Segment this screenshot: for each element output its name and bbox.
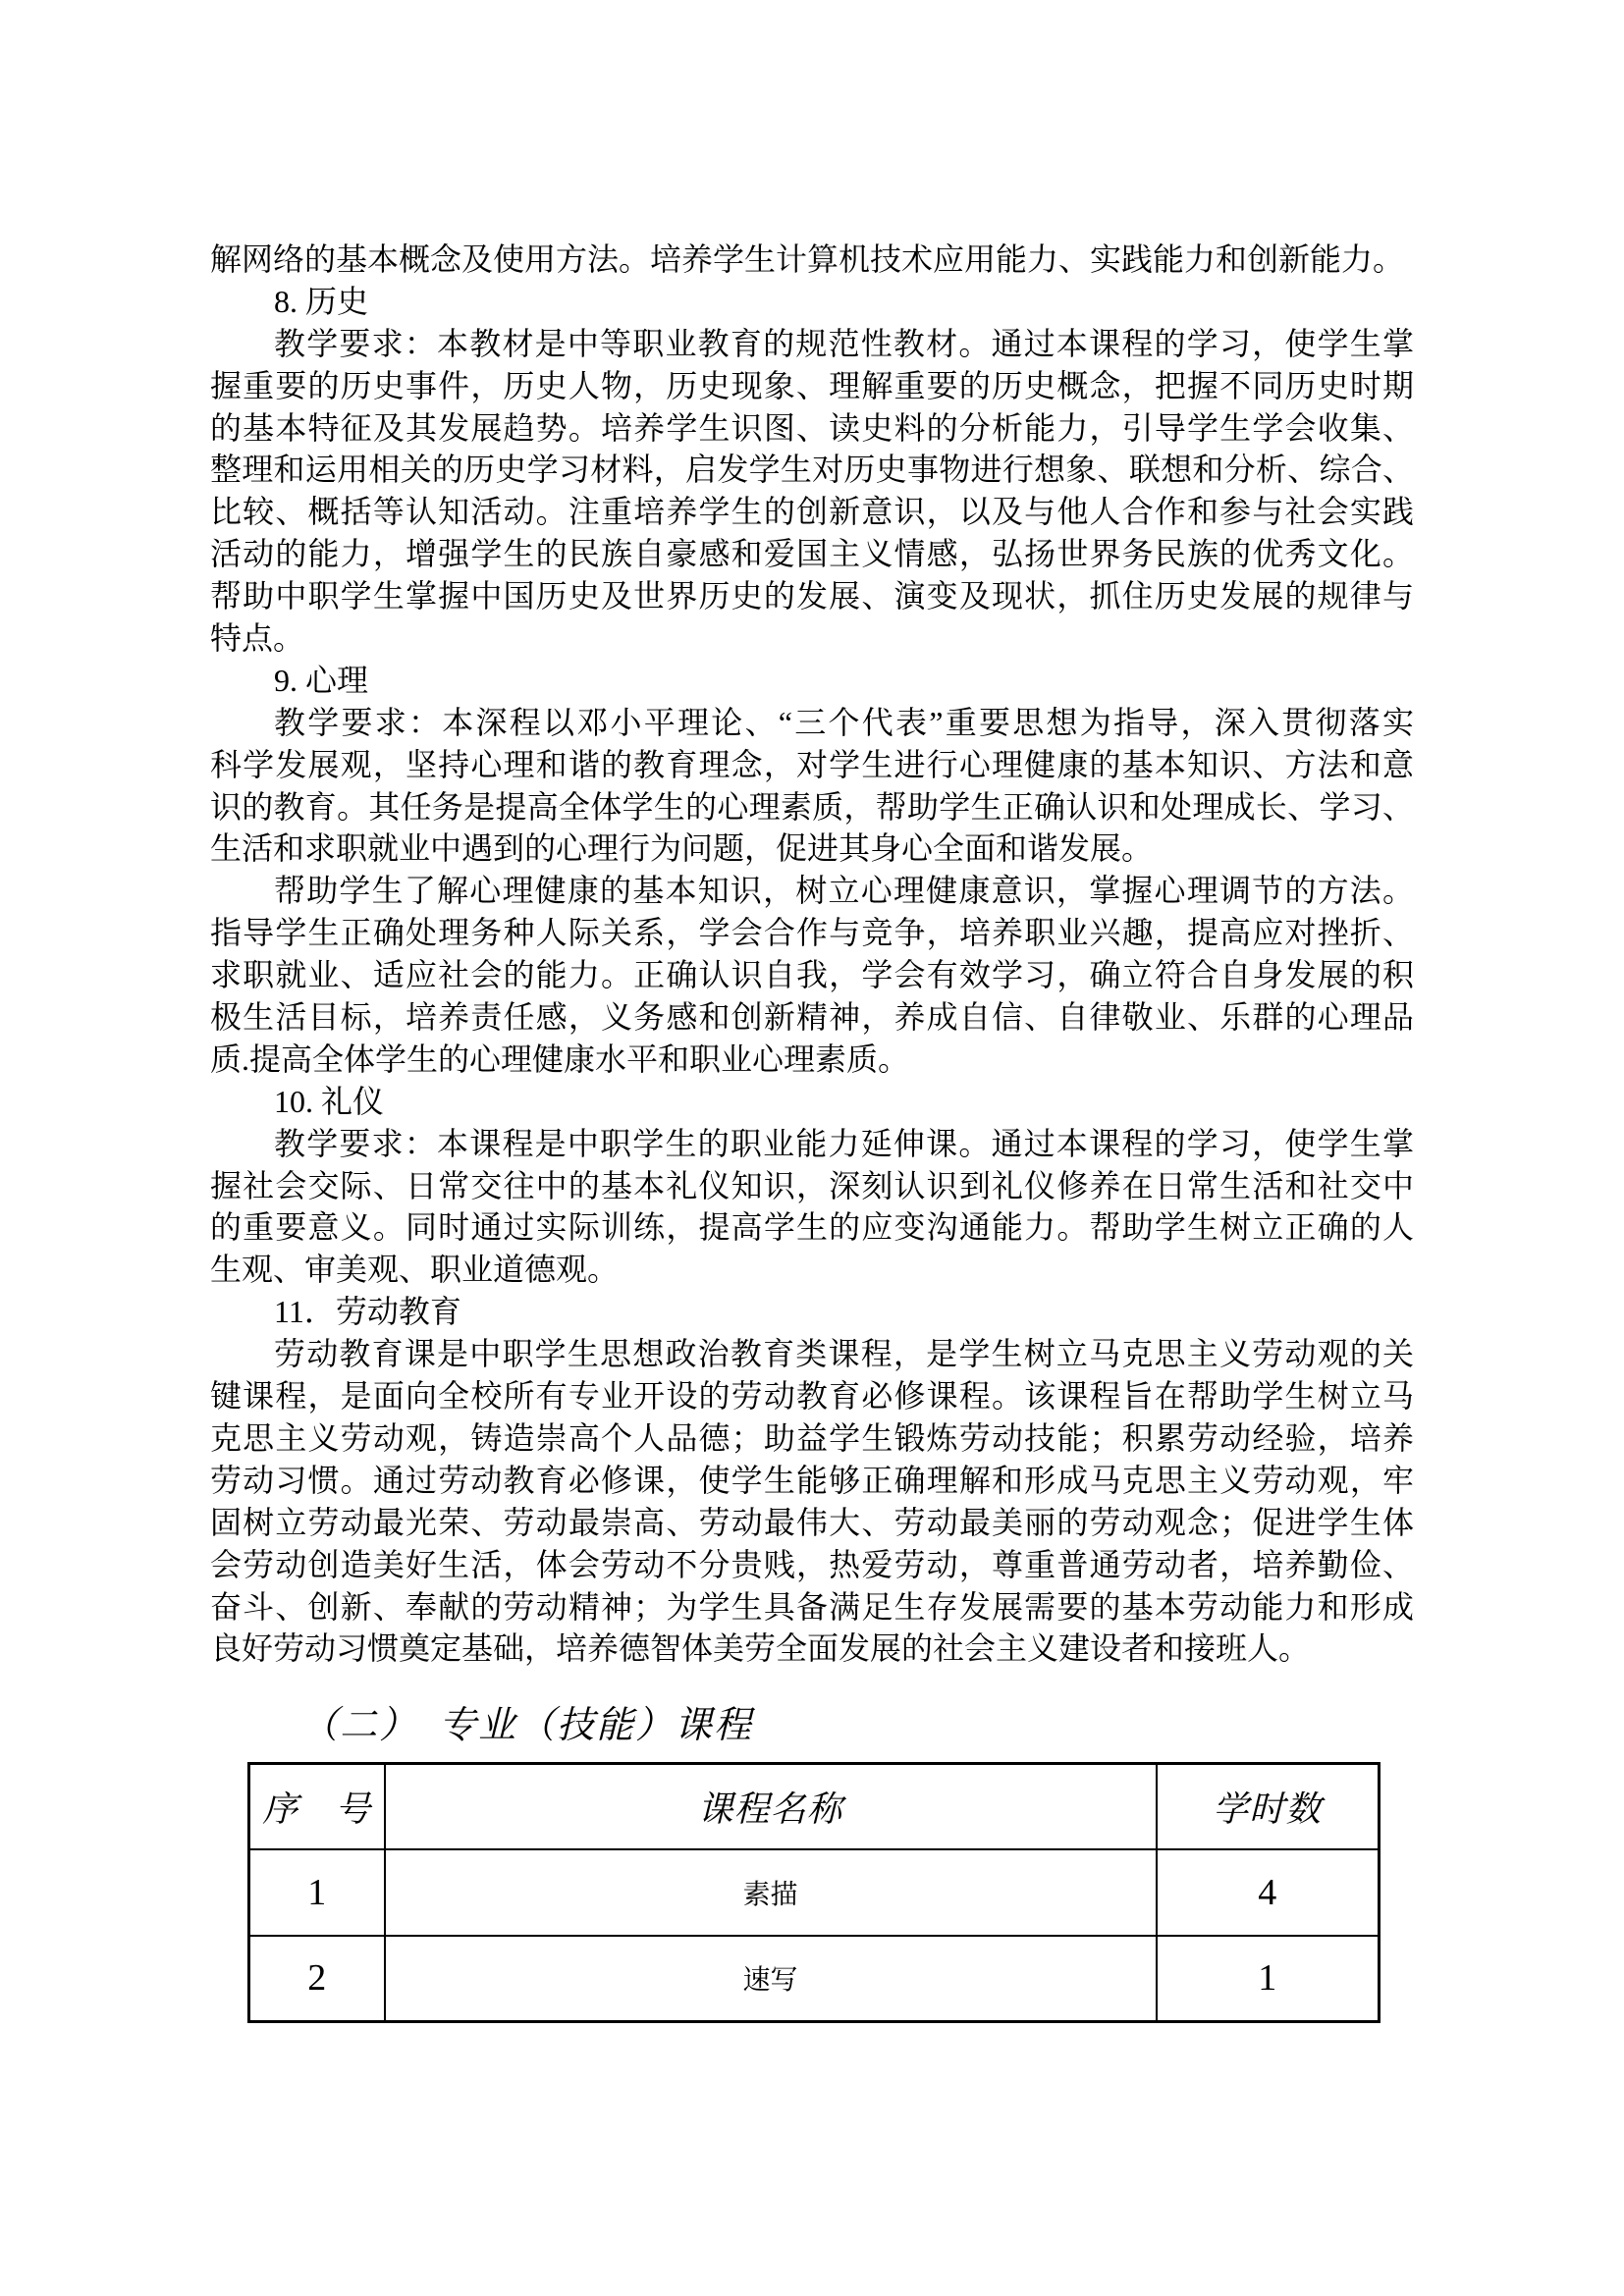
text-line: 特点。 — [210, 617, 1414, 660]
table-cell-hours: 1 — [1157, 1936, 1380, 2022]
text-line: 奋斗、创新、奉献的劳动精神；为学生具备满足生存发展需要的基本劳动能力和形成 — [210, 1586, 1414, 1629]
text-line: 的重要意义。同时通过实际训练，提高学生的应变沟通能力。帮助学生树立正确的人 — [210, 1206, 1414, 1249]
text-line: 教学要求：本教材是中等职业教育的规范性教材。通过本课程的学习，使学生掌 — [210, 323, 1414, 365]
text-line: 10. 礼仪 — [210, 1081, 1414, 1123]
text-line: 解网络的基本概念及使用方法。培养学生计算机技术应用能力、实践能力和创新能力。 — [210, 239, 1414, 281]
table-cell-course: 素描 — [385, 1849, 1157, 1936]
text-line: 良好劳动习惯奠定基础，培养德智体美劳全面发展的社会主义建设者和接班人。 — [210, 1628, 1414, 1670]
text-line: 生活和求职就业中遇到的心理行为问题，促进其身心全面和谐发展。 — [210, 828, 1414, 870]
table-row: 2 速写 1 — [249, 1936, 1380, 2022]
text-line: 整理和运用相关的历史学习材料，启发学生对历史事物进行想象、联想和分析、综合、 — [210, 449, 1414, 491]
table-cell-hours: 4 — [1157, 1849, 1380, 1936]
text-line: 指导学生正确处理务种人际关系，学会合作与竞争，培养职业兴趣，提高应对挫折、 — [210, 912, 1414, 954]
text-line: 握社会交际、日常交往中的基本礼仪知识，深刻认识到礼仪修养在日常生活和社交中 — [210, 1165, 1414, 1207]
section-heading: （二） 专业（技能）课程 — [300, 1694, 753, 1748]
text-line: 科学发展观，坚持心理和谐的教育理念，对学生进行心理健康的基本知识、方法和意 — [210, 744, 1414, 786]
table-cell-no: 1 — [249, 1849, 385, 1936]
text-line: 键课程，是面向全校所有专业开设的劳动教育必修课程。该课程旨在帮助学生树立马 — [210, 1375, 1414, 1417]
document-page: 解网络的基本概念及使用方法。培养学生计算机技术应用能力、实践能力和创新能力。8.… — [0, 0, 1624, 2296]
table-header-row: 序 号 课程名称 学时数 — [249, 1764, 1380, 1849]
text-line: 教学要求：本课程是中职学生的职业能力延伸课。通过本课程的学习，使学生掌 — [210, 1123, 1414, 1165]
table-header-cell-course: 课程名称 — [385, 1764, 1157, 1849]
table-row: 1 素描 4 — [249, 1849, 1380, 1936]
table-header-cell-no: 序 号 — [249, 1764, 385, 1849]
text-line: 求职就业、适应社会的能力。正确认识自我，学会有效学习，确立符合自身发展的积 — [210, 954, 1414, 996]
text-line: 会劳动创造美好生活，体会劳动不分贵贱，热爱劳动，尊重普通劳动者，培养勤俭、 — [210, 1544, 1414, 1586]
text-line: 识的教育。其任务是提高全体学生的心理素质，帮助学生正确认识和处理成长、学习、 — [210, 786, 1414, 828]
text-line: 的基本特征及其发展趋势。培养学生识图、读史料的分析能力，引导学生学会收集、 — [210, 407, 1414, 450]
text-line: 克思主义劳动观，铸造崇高个人品德；助益学生锻炼劳动技能；积累劳动经验，培养 — [210, 1417, 1414, 1460]
text-line: 活动的能力，增强学生的民族自豪感和爱国主义情感，弘扬世界务民族的优秀文化。 — [210, 533, 1414, 575]
table-header-cell-hours: 学时数 — [1157, 1764, 1380, 1849]
text-line: 劳动习惯。通过劳动教育必修课，使学生能够正确理解和形成马克思主义劳动观，牢 — [210, 1460, 1414, 1502]
text-line: 生观、审美观、职业道德观。 — [210, 1249, 1414, 1291]
text-line: 9. 心理 — [210, 660, 1414, 702]
table-cell-no: 2 — [249, 1936, 385, 2022]
text-line: 8. 历史 — [210, 281, 1414, 323]
text-line: 固树立劳动最光荣、劳动最崇高、劳动最伟大、劳动最美丽的劳动观念；促进学生体 — [210, 1502, 1414, 1544]
text-line: 11．劳动教育 — [210, 1291, 1414, 1333]
text-line: 劳动教育课是中职学生思想政治教育类课程，是学生树立马克思主义劳动观的关 — [210, 1333, 1414, 1375]
course-table: 序 号 课程名称 学时数 1 素描 4 2 速写 1 — [247, 1762, 1380, 2023]
text-line: 帮助学生了解心理健康的基本知识，树立心理健康意识，掌握心理调节的方法。 — [210, 870, 1414, 912]
text-line: 教学要求：本深程以邓小平理论、“三个代表”重要思想为指导，深入贯彻落实 — [210, 702, 1414, 744]
text-line: 比较、概括等认知活动。注重培养学生的创新意识，以及与他人合作和参与社会实践 — [210, 491, 1414, 533]
body-text: 解网络的基本概念及使用方法。培养学生计算机技术应用能力、实践能力和创新能力。8.… — [210, 239, 1414, 1670]
table-cell-course: 速写 — [385, 1936, 1157, 2022]
text-line: 握重要的历史事件，历史人物，历史现象、理解重要的历史概念，把握不同历史时期 — [210, 365, 1414, 407]
text-line: 质.提高全体学生的心理健康水平和职业心理素质。 — [210, 1039, 1414, 1081]
text-line: 帮助中职学生掌握中国历史及世界历史的发展、演变及现状，抓住历史发展的规律与 — [210, 575, 1414, 617]
text-line: 极生活目标，培养责任感，义务感和创新精神，养成自信、自律敬业、乐群的心理品 — [210, 996, 1414, 1039]
